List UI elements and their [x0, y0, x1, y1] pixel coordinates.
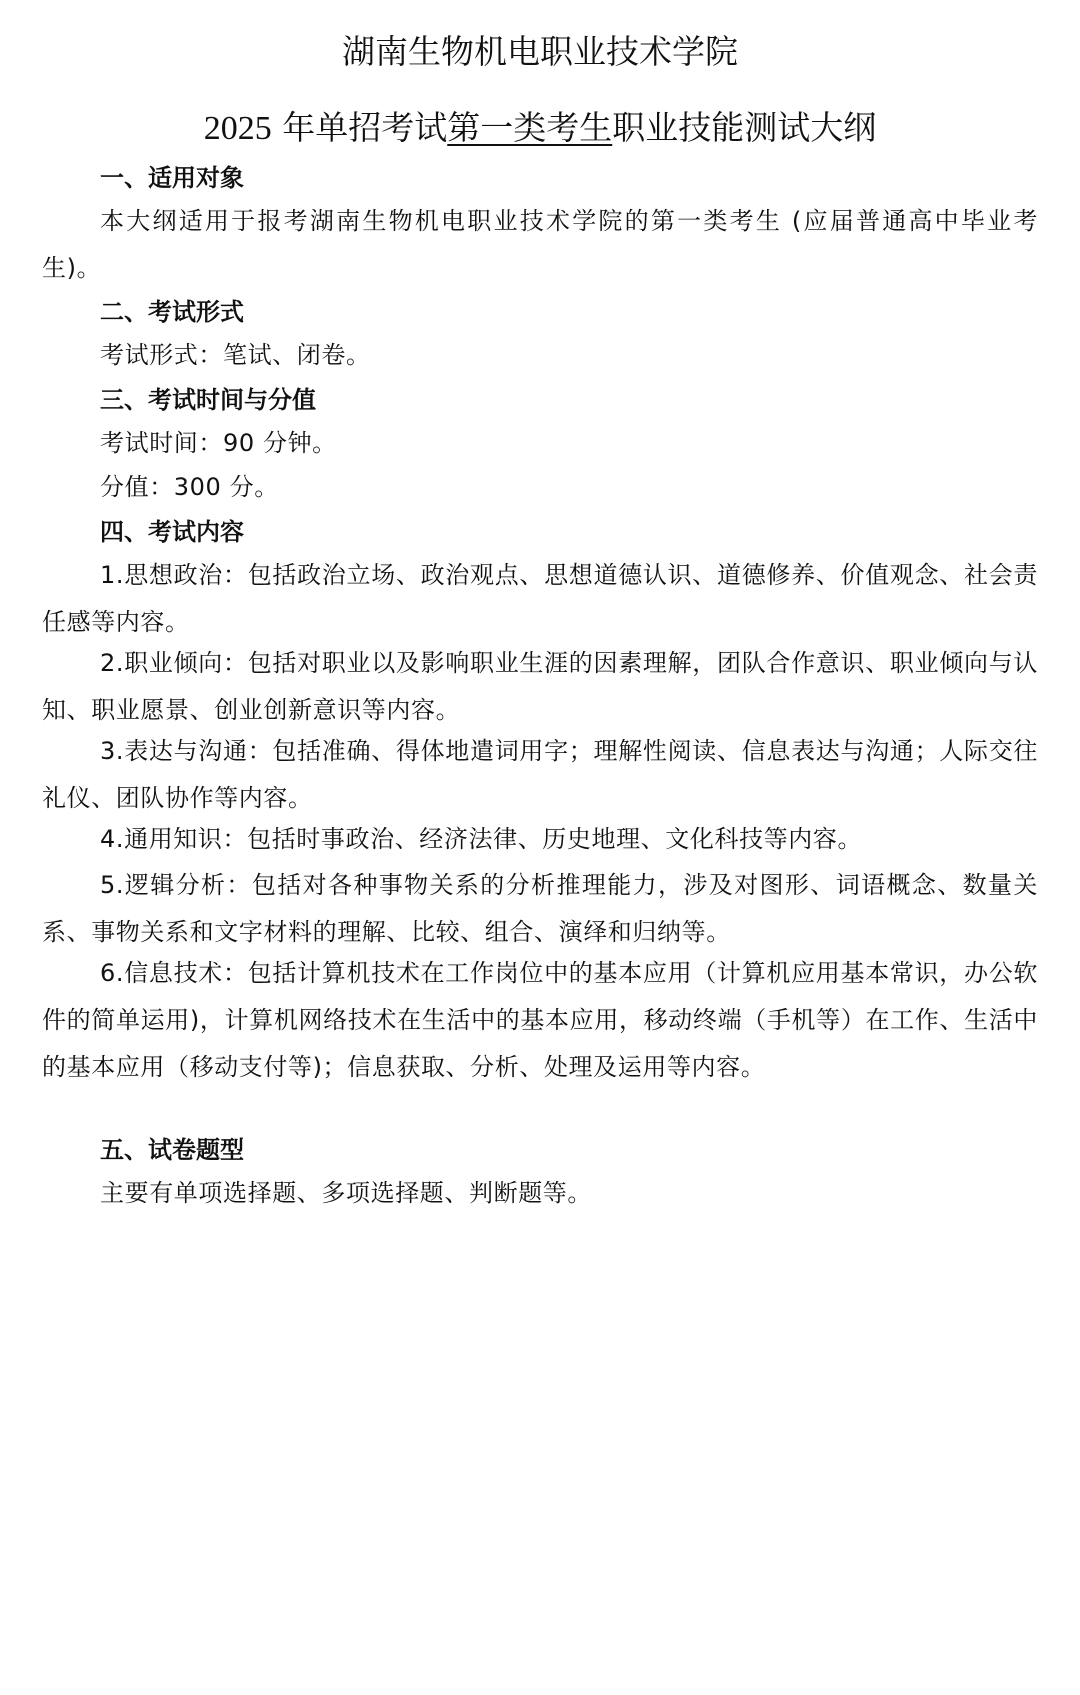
content-item-communication: 3.表达与沟通：包括准确、得体地遣词用字；理解性阅读、信息表达与沟通；人际交往礼… — [42, 728, 1038, 822]
document-title-exam: 2025 年单招考试第一类考生职业技能测试大纲 — [0, 106, 1080, 151]
section-heading-exam-format: 二、考试形式 — [100, 294, 244, 330]
document-title-institution: 湖南生物机电职业技术学院 — [0, 30, 1080, 74]
section-heading-applicable: 一、适用对象 — [100, 160, 244, 196]
document-page: 湖南生物机电职业技术学院 2025 年单招考试第一类考生职业技能测试大纲 一、适… — [0, 0, 1080, 1695]
section-paragraph: 本大纲适用于报考湖南生物机电职业技术学院的第一类考生 (应届普通高中毕业考生)。 — [42, 198, 1038, 292]
section-paragraph: 考试形式：笔试、闭卷。 — [42, 332, 1038, 379]
title-year: 2025 — [204, 110, 272, 147]
title-part-after: 职业技能测试大纲 — [612, 108, 876, 147]
content-item-career: 2.职业倾向：包括对职业以及影响职业生涯的因素理解，团队合作意识、职业倾向与认知… — [42, 640, 1038, 734]
section-heading-question-types: 五、试卷题型 — [100, 1132, 244, 1168]
content-item-general-knowledge: 4.通用知识：包括时事政治、经济法律、历史地理、文化科技等内容。 — [42, 816, 1038, 863]
content-item-it: 6.信息技术：包括计算机技术在工作岗位中的基本应用（计算机应用基本常识，办公软件… — [42, 950, 1038, 1091]
title-underlined-category: 第一类考生 — [447, 108, 612, 147]
content-item-logic: 5.逻辑分析：包括对各种事物关系的分析推理能力，涉及对图形、词语概念、数量关系、… — [42, 862, 1038, 956]
section-paragraph: 分值：300 分。 — [42, 464, 1038, 511]
title-part-before: 年单招考试 — [272, 108, 448, 147]
section-heading-exam-content: 四、考试内容 — [100, 514, 244, 550]
section-heading-time-score: 三、考试时间与分值 — [100, 382, 316, 418]
section-paragraph: 考试时间：90 分钟。 — [42, 420, 1038, 467]
content-item-politics: 1.思想政治：包括政治立场、政治观点、思想道德认识、道德修养、价值观念、社会责任… — [42, 552, 1038, 646]
section-paragraph: 主要有单项选择题、多项选择题、判断题等。 — [42, 1170, 1038, 1217]
